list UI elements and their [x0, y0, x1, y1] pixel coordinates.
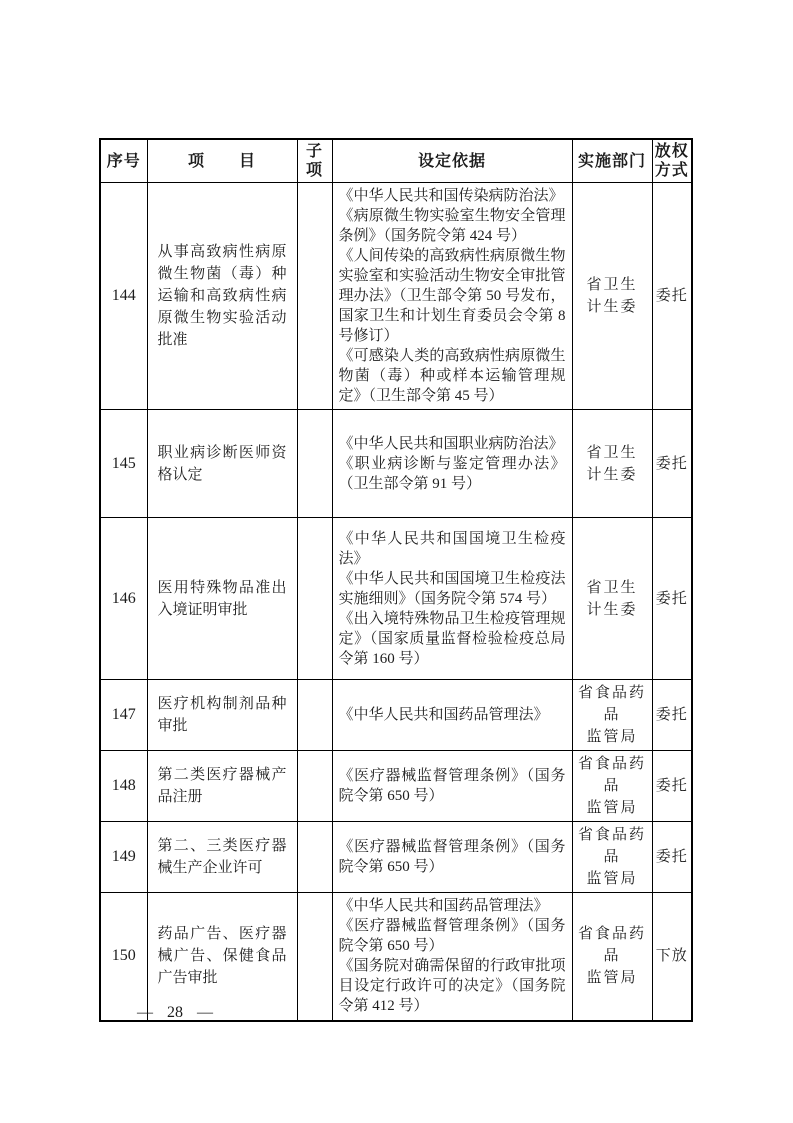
cell-method-144: 委托 [652, 183, 692, 410]
basis-citation-146-1: 《中华人民共和国国境卫生检疫法实施细则》（国务院令第 574 号） [339, 569, 566, 609]
footer-dash-left: — [137, 1002, 153, 1024]
basis-citation-147-0: 《中华人民共和国药品管理法》 [339, 705, 566, 725]
basis-citation-144-2: 《人间传染的高致病性病原微生物实验室和实验活动生物安全审批管理办法》（卫生部令第… [339, 246, 566, 346]
basis-citation-149-0: 《医疗器械监督管理条例》（国务院令第 650 号） [339, 837, 566, 877]
cell-basis-147: 《中华人民共和国药品管理法》 [332, 680, 572, 751]
cell-item-146: 医用特殊物品准出入境证明审批 [147, 518, 297, 680]
cell-subitem-145 [297, 410, 332, 518]
basis-citation-145-0: 《中华人民共和国职业病防治法》 [339, 434, 566, 454]
cell-method-147: 委托 [652, 680, 692, 751]
table-row-148: 148第二类医疗器械产品注册《医疗器械监督管理条例》（国务院令第 650 号）省… [100, 751, 692, 822]
cell-method-149: 委托 [652, 822, 692, 893]
cell-basis-145: 《中华人民共和国职业病防治法》《职业病诊断与鉴定管理办法》（卫生部令第 91 号… [332, 410, 572, 518]
cell-basis-150: 《中华人民共和国药品管理法》《医疗器械监督管理条例》（国务院令第 650 号）《… [332, 893, 572, 1021]
cell-department-148: 省食品药品 监管局 [572, 751, 652, 822]
footer-dash-right: — [197, 1002, 213, 1024]
cell-item-147: 医疗机构制剂品种审批 [147, 680, 297, 751]
table-row-144: 144从事高致病性病原微生物菌（毒）种运输和高致病性病原微生物实验活动批准《中华… [100, 183, 692, 410]
cell-serial-144: 144 [100, 183, 147, 410]
cell-item-149: 第二、三类医疗器械生产企业许可 [147, 822, 297, 893]
cell-department-149: 省食品药品 监管局 [572, 822, 652, 893]
cell-serial-149: 149 [100, 822, 147, 893]
cell-item-144: 从事高致病性病原微生物菌（毒）种运输和高致病性病原微生物实验活动批准 [147, 183, 297, 410]
col-header-department: 实施部门 [572, 139, 652, 183]
cell-department-144: 省卫生 计生委 [572, 183, 652, 410]
cell-subitem-150 [297, 893, 332, 1021]
cell-serial-148: 148 [100, 751, 147, 822]
basis-citation-146-0: 《中华人民共和国国境卫生检疫法》 [339, 529, 566, 569]
col-header-item: 项 目 [147, 139, 297, 183]
table-body: 144从事高致病性病原微生物菌（毒）种运输和高致病性病原微生物实验活动批准《中华… [100, 183, 692, 1021]
basis-citation-150-0: 《中华人民共和国药品管理法》 [339, 896, 566, 916]
basis-citation-150-1: 《医疗器械监督管理条例》（国务院令第 650 号） [339, 916, 566, 956]
footer-page-number: 28 [167, 1002, 183, 1024]
cell-item-148: 第二类医疗器械产品注册 [147, 751, 297, 822]
basis-citation-144-3: 《可感染人类的高致病性病原微生物菌（毒）种或样本运输管理规定》（卫生部令第 45… [339, 346, 566, 406]
cell-item-145: 职业病诊断医师资格认定 [147, 410, 297, 518]
cell-serial-147: 147 [100, 680, 147, 751]
cell-subitem-144 [297, 183, 332, 410]
cell-department-146: 省卫生 计生委 [572, 518, 652, 680]
cell-subitem-146 [297, 518, 332, 680]
cell-department-147: 省食品药品 监管局 [572, 680, 652, 751]
basis-citation-144-1: 《病原微生物实验室生物安全管理条例》（国务院令第 424 号） [339, 206, 566, 246]
table-row-147: 147医疗机构制剂品种审批《中华人民共和国药品管理法》省食品药品 监管局委托 [100, 680, 692, 751]
col-header-subitem: 子项 [297, 139, 332, 183]
table-row-149: 149第二、三类医疗器械生产企业许可《医疗器械监督管理条例》（国务院令第 650… [100, 822, 692, 893]
cell-serial-145: 145 [100, 410, 147, 518]
col-header-method: 放权方式 [652, 139, 692, 183]
cell-department-145: 省卫生 计生委 [572, 410, 652, 518]
delegated-approval-items-table: 序号 项 目 子项 设定依据 实施部门 放权方式 144从事高致病性病原微生物菌… [99, 138, 693, 1022]
table-row-145: 145职业病诊断医师资格认定《中华人民共和国职业病防治法》《职业病诊断与鉴定管理… [100, 410, 692, 518]
cell-department-150: 省食品药品 监管局 [572, 893, 652, 1021]
basis-citation-144-0: 《中华人民共和国传染病防治法》 [339, 186, 566, 206]
document-page: 序号 项 目 子项 设定依据 实施部门 放权方式 144从事高致病性病原微生物菌… [0, 0, 793, 1123]
table-header-row: 序号 项 目 子项 设定依据 实施部门 放权方式 [100, 139, 692, 183]
cell-basis-144: 《中华人民共和国传染病防治法》《病原微生物实验室生物安全管理条例》（国务院令第 … [332, 183, 572, 410]
cell-method-150: 下放 [652, 893, 692, 1021]
cell-method-145: 委托 [652, 410, 692, 518]
col-header-serial: 序号 [100, 139, 147, 183]
cell-method-148: 委托 [652, 751, 692, 822]
cell-serial-146: 146 [100, 518, 147, 680]
basis-citation-150-2: 《国务院对确需保留的行政审批项目设定行政许可的决定》（国务院令第 412 号） [339, 956, 566, 1016]
col-header-basis: 设定依据 [332, 139, 572, 183]
page-footer: — 28 — [137, 1002, 213, 1024]
basis-citation-146-2: 《出入境特殊物品卫生检疫管理规定》（国家质量监督检验检疫总局令第 160 号） [339, 609, 566, 669]
cell-basis-146: 《中华人民共和国国境卫生检疫法》《中华人民共和国国境卫生检疫法实施细则》（国务院… [332, 518, 572, 680]
table-row-146: 146医用特殊物品准出入境证明审批《中华人民共和国国境卫生检疫法》《中华人民共和… [100, 518, 692, 680]
cell-subitem-149 [297, 822, 332, 893]
cell-basis-148: 《医疗器械监督管理条例》（国务院令第 650 号） [332, 751, 572, 822]
cell-basis-149: 《医疗器械监督管理条例》（国务院令第 650 号） [332, 822, 572, 893]
cell-subitem-148 [297, 751, 332, 822]
basis-citation-148-0: 《医疗器械监督管理条例》（国务院令第 650 号） [339, 766, 566, 806]
cell-subitem-147 [297, 680, 332, 751]
basis-citation-145-1: 《职业病诊断与鉴定管理办法》（卫生部令第 91 号） [339, 454, 566, 494]
cell-method-146: 委托 [652, 518, 692, 680]
